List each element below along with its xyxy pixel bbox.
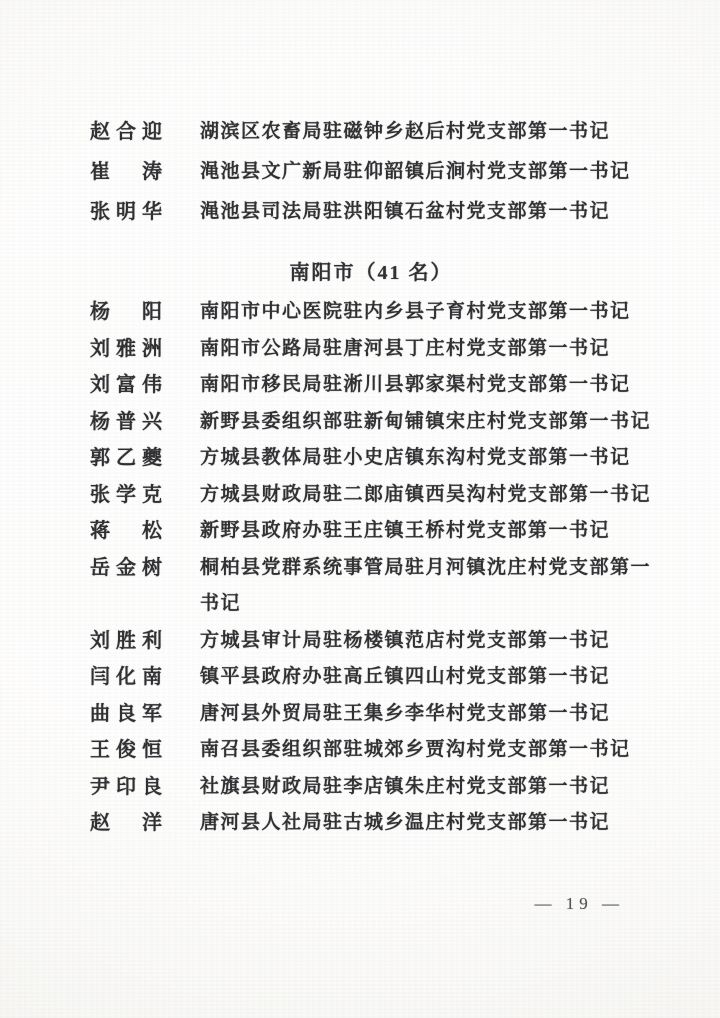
person-name: 岳金树 (90, 550, 172, 587)
person-title: 渑池县文广新局驻仰韶镇后涧村党支部第一书记 (200, 152, 652, 192)
person-name: 曲良军 (90, 696, 172, 733)
person-name: 赵合迎 (90, 112, 172, 152)
person-name: 刘胜利 (90, 623, 172, 660)
person-name: 刘富伟 (90, 367, 172, 404)
person-title: 方城县财政局驻二郎庙镇西吴沟村党支部第一书记 (200, 477, 652, 514)
appointments-list: 赵合迎湖滨区农畜局驻磁钟乡赵后村党支部第一书记崔 涛渑池县文广新局驻仰韶镇后涧村… (90, 112, 652, 842)
list-row: 王俊恒南召县委组织部驻城郊乡贾沟村党支部第一书记 (90, 732, 652, 769)
section-heading: 南阳市（41 名） (90, 258, 652, 288)
person-title: 唐河县外贸局驻王集乡李华村党支部第一书记 (200, 696, 652, 733)
person-title: 南阳市公路局驻唐河县丁庄村党支部第一书记 (200, 331, 652, 368)
person-title: 方城县审计局驻杨楼镇范店村党支部第一书记 (200, 623, 652, 660)
list-row: 杨 阳南阳市中心医院驻内乡县子育村党支部第一书记 (90, 294, 652, 331)
person-name: 杨普兴 (90, 404, 172, 441)
scanned-document-page: 赵合迎湖滨区农畜局驻磁钟乡赵后村党支部第一书记崔 涛渑池县文广新局驻仰韶镇后涧村… (0, 0, 720, 1018)
section: 赵合迎湖滨区农畜局驻磁钟乡赵后村党支部第一书记崔 涛渑池县文广新局驻仰韶镇后涧村… (90, 112, 652, 232)
list-row: 赵合迎湖滨区农畜局驻磁钟乡赵后村党支部第一书记 (90, 112, 652, 152)
person-name: 蒋 松 (90, 513, 172, 550)
person-name: 刘雅洲 (90, 331, 172, 368)
list-row: 杨普兴新野县委组织部驻新甸铺镇宋庄村党支部第一书记 (90, 404, 652, 441)
list-row: 刘雅洲南阳市公路局驻唐河县丁庄村党支部第一书记 (90, 331, 652, 368)
list-row: 刘富伟南阳市移民局驻淅川县郭家渠村党支部第一书记 (90, 367, 652, 404)
list-row: 岳金树桐柏县党群系统事管局驻月河镇沈庄村党支部第一书记 (90, 550, 652, 623)
person-name: 张学克 (90, 477, 172, 514)
person-title: 唐河县人社局驻古城乡温庄村党支部第一书记 (200, 805, 652, 842)
list-row: 尹印良社旗县财政局驻李店镇朱庄村党支部第一书记 (90, 769, 652, 806)
list-row: 张明华渑池县司法局驻洪阳镇石盆村党支部第一书记 (90, 192, 652, 232)
list-row: 蒋 松新野县政府办驻王庄镇王桥村党支部第一书记 (90, 513, 652, 550)
list-row: 张学克方城县财政局驻二郎庙镇西吴沟村党支部第一书记 (90, 477, 652, 514)
person-title: 南阳市移民局驻淅川县郭家渠村党支部第一书记 (200, 367, 652, 404)
person-title: 新野县政府办驻王庄镇王桥村党支部第一书记 (200, 513, 652, 550)
list-row: 郭乙夔方城县教体局驻小史店镇东沟村党支部第一书记 (90, 440, 652, 477)
person-title: 镇平县政府办驻高丘镇四山村党支部第一书记 (200, 659, 652, 696)
person-title: 湖滨区农畜局驻磁钟乡赵后村党支部第一书记 (200, 112, 652, 152)
section: 南阳市（41 名）杨 阳南阳市中心医院驻内乡县子育村党支部第一书记刘雅洲南阳市公… (90, 258, 652, 842)
page-number: — 19 — (535, 894, 625, 914)
person-title: 社旗县财政局驻李店镇朱庄村党支部第一书记 (200, 769, 652, 806)
person-title: 渑池县司法局驻洪阳镇石盆村党支部第一书记 (200, 192, 652, 232)
person-name: 闫化南 (90, 659, 172, 696)
person-title: 新野县委组织部驻新甸铺镇宋庄村党支部第一书记 (200, 404, 652, 441)
person-name: 尹印良 (90, 769, 172, 806)
list-row: 刘胜利方城县审计局驻杨楼镇范店村党支部第一书记 (90, 623, 652, 660)
person-title: 南阳市中心医院驻内乡县子育村党支部第一书记 (200, 294, 652, 331)
person-name: 郭乙夔 (90, 440, 172, 477)
person-title: 南召县委组织部驻城郊乡贾沟村党支部第一书记 (200, 732, 652, 769)
person-name: 杨 阳 (90, 294, 172, 331)
person-title: 桐柏县党群系统事管局驻月河镇沈庄村党支部第一书记 (200, 550, 652, 623)
person-name: 赵 洋 (90, 805, 172, 842)
person-name: 王俊恒 (90, 732, 172, 769)
list-row: 曲良军唐河县外贸局驻王集乡李华村党支部第一书记 (90, 696, 652, 733)
list-row: 闫化南镇平县政府办驻高丘镇四山村党支部第一书记 (90, 659, 652, 696)
list-row: 赵 洋唐河县人社局驻古城乡温庄村党支部第一书记 (90, 805, 652, 842)
person-name: 张明华 (90, 192, 172, 232)
person-title: 方城县教体局驻小史店镇东沟村党支部第一书记 (200, 440, 652, 477)
list-row: 崔 涛渑池县文广新局驻仰韶镇后涧村党支部第一书记 (90, 152, 652, 192)
person-name: 崔 涛 (90, 152, 172, 192)
